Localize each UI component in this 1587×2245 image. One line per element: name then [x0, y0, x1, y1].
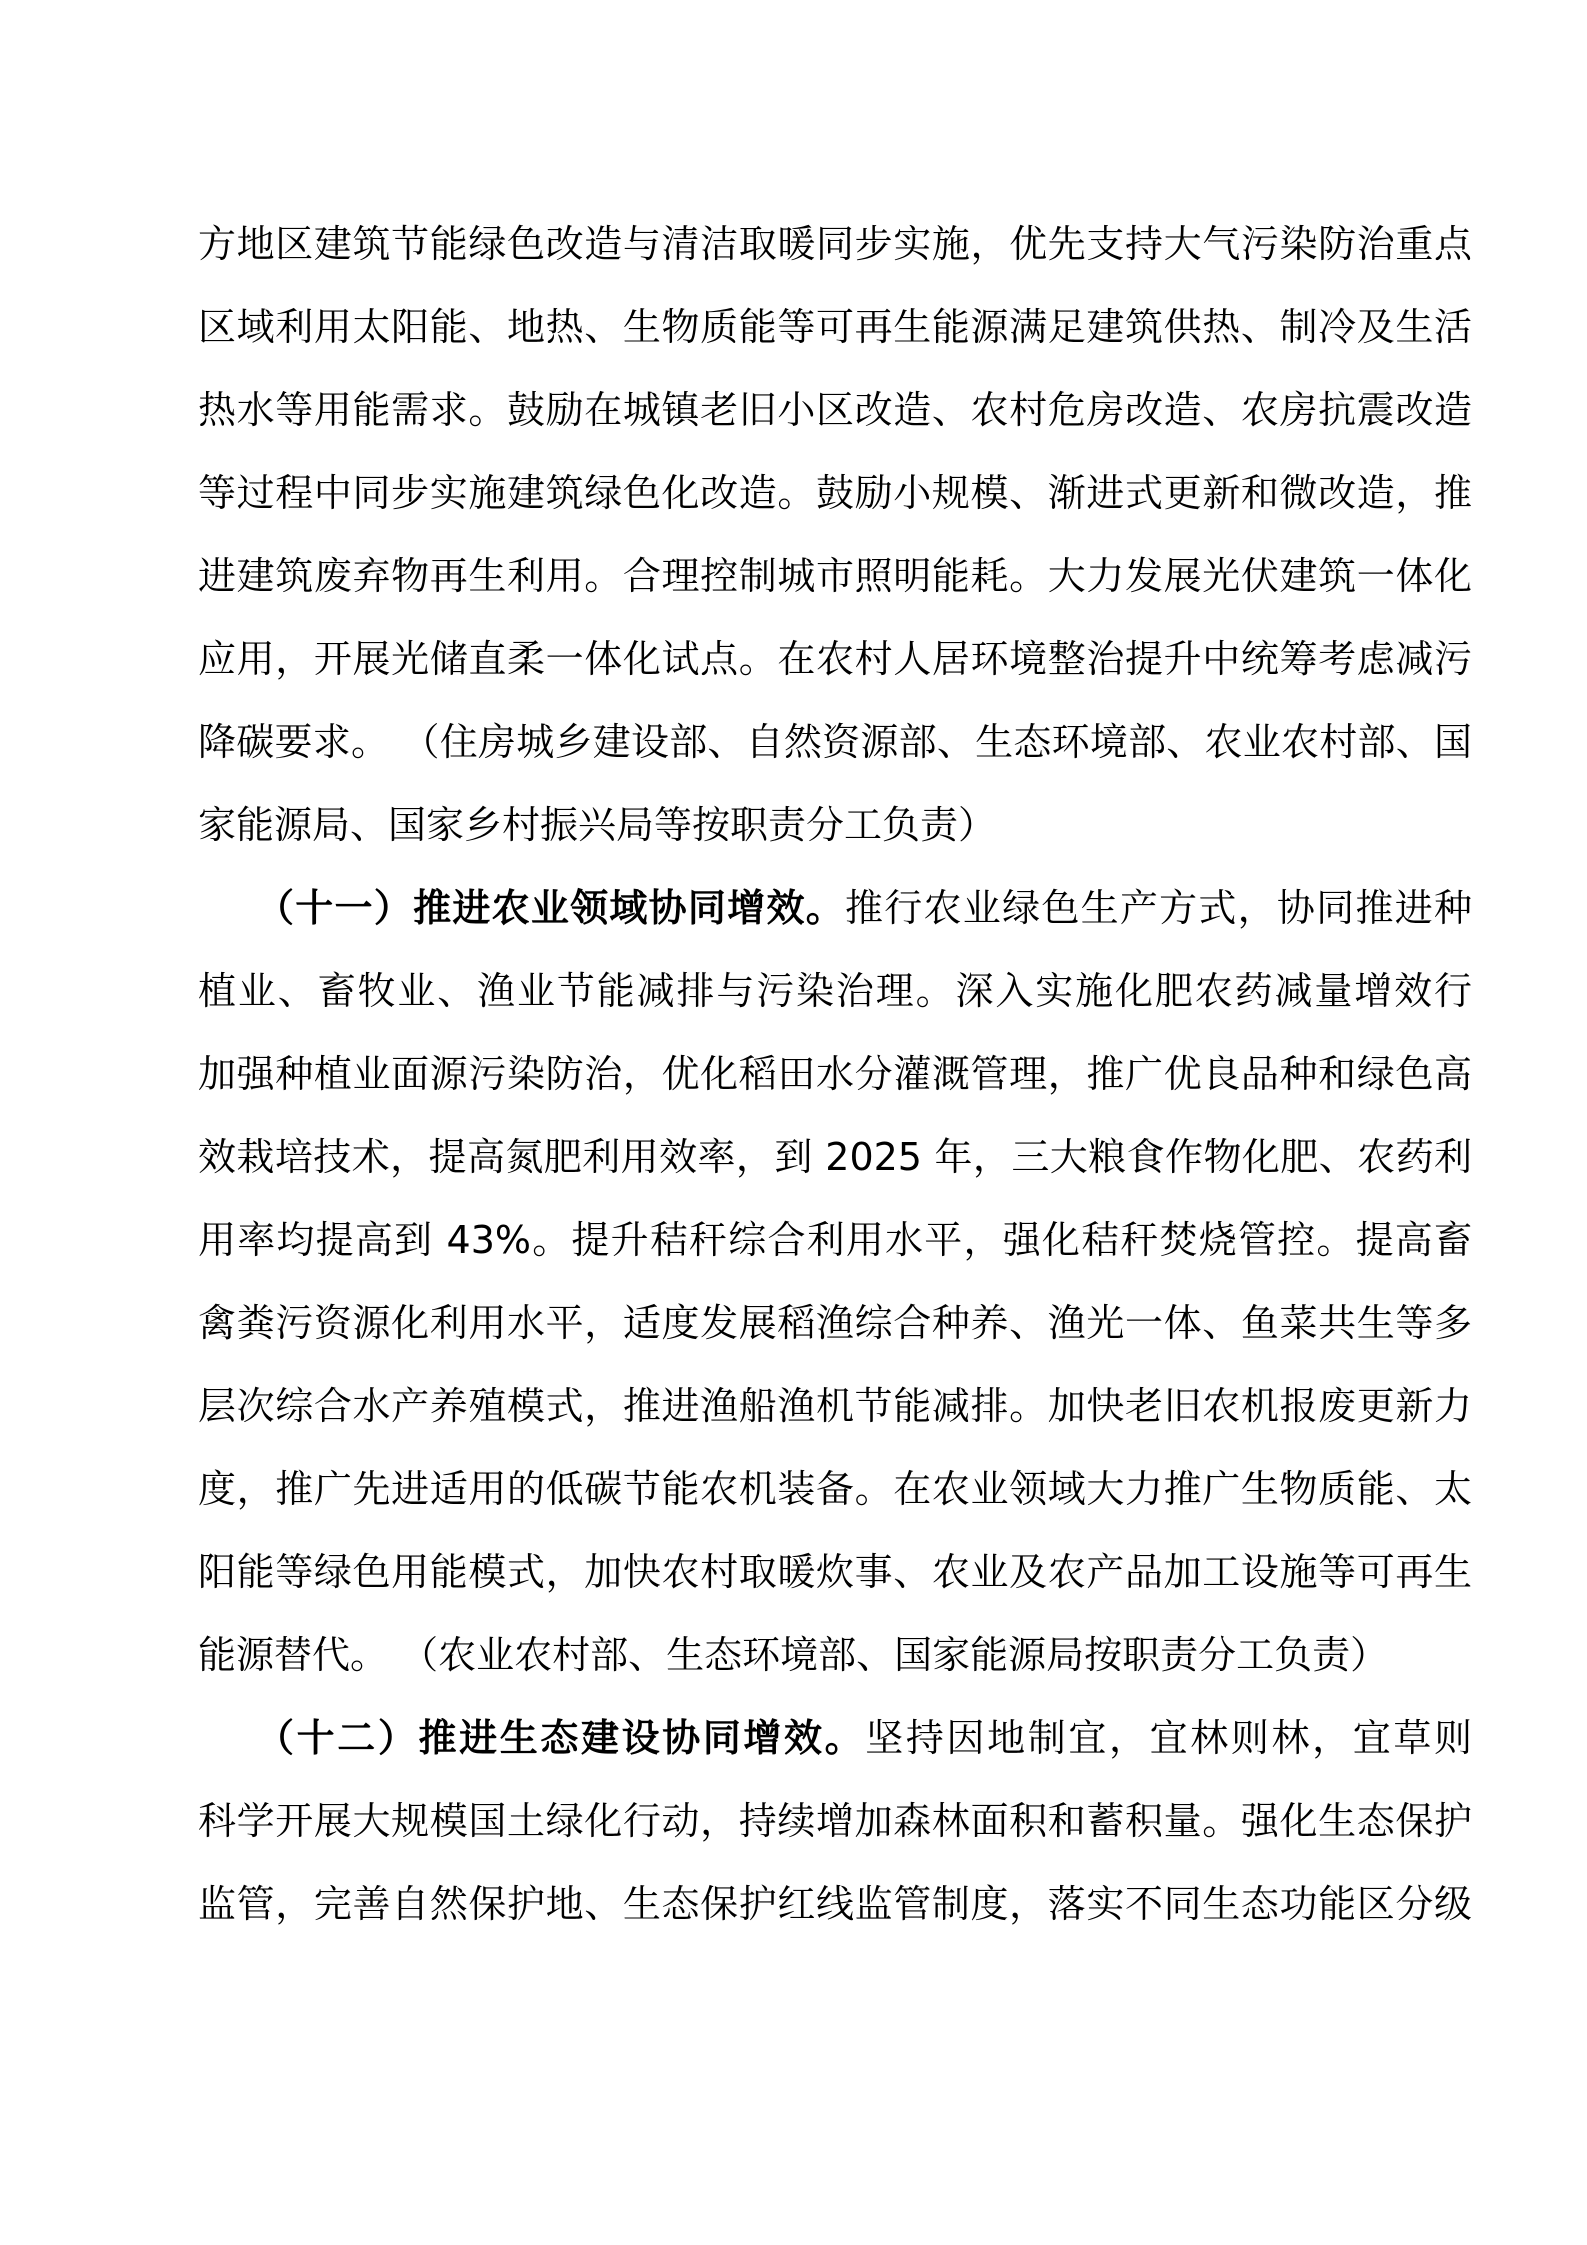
document-page: 方地区建筑节能绿色改造与清洁取暖同步实施，优先支持大气污染防治重点区域利用太阳能… [0, 0, 1587, 2245]
text-line: 层次综合水产养殖模式，推进渔船渔机节能减排。加快老旧农机报废更新力 [198, 1365, 1472, 1448]
text-line: 进建筑废弃物再生利用。合理控制城市照明能耗。大力发展光伏建筑一体化 [198, 535, 1472, 618]
body-text: 能源替代。 （农业农村部、生态环境部、国家能源局按职责分工负责） [198, 1633, 1388, 1677]
body-text: 等过程中同步实施建筑绿色化改造。鼓励小规模、渐进式更新和微改造，推 [198, 471, 1472, 515]
text-line: 能源替代。 （农业农村部、生态环境部、国家能源局按职责分工负责） [198, 1614, 1472, 1697]
body-text: 热水等用能需求。鼓励在城镇老旧小区改造、农村危房改造、农房抗震改造 [198, 388, 1472, 432]
text-line: （十一）推进农业领域协同增效。推行农业绿色生产方式，协同推进种 [198, 867, 1472, 950]
body-text: 降碳要求。 （住房城乡建设部、自然资源部、生态环境部、农业农村部、国 [198, 720, 1472, 764]
body-text: 层次综合水产养殖模式，推进渔船渔机节能减排。加快老旧农机报废更新力 [198, 1384, 1472, 1428]
text-line: 植业、畜牧业、渔业节能减排与污染治理。深入实施化肥农药减量增效行动， [198, 950, 1472, 1033]
body-text: 进建筑废弃物再生利用。合理控制城市照明能耗。大力发展光伏建筑一体化 [198, 554, 1472, 598]
body-text: 监管，完善自然保护地、生态保护红线监管制度，落实不同生态功能区分级 [198, 1882, 1472, 1926]
text-line: 应用，开展光储直柔一体化试点。在农村人居环境整治提升中统筹考虑减污 [198, 618, 1472, 701]
text-line: 科学开展大规模国土绿化行动，持续增加森林面积和蓄积量。强化生态保护 [198, 1780, 1472, 1863]
body-text: 阳能等绿色用能模式，加快农村取暖炊事、农业及农产品加工设施等可再生 [198, 1550, 1472, 1594]
text-line: 家能源局、国家乡村振兴局等按职责分工负责） [198, 784, 1472, 867]
text-line: 降碳要求。 （住房城乡建设部、自然资源部、生态环境部、农业农村部、国 [198, 701, 1472, 784]
body-text: 效栽培技术，提高氮肥利用效率，到 2025 年，三大粮食作物化肥、农药利 [198, 1135, 1472, 1179]
text-line: 监管，完善自然保护地、生态保护红线监管制度，落实不同生态功能区分级 [198, 1863, 1472, 1946]
body-text: 度，推广先进适用的低碳节能农机装备。在农业领域大力推广生物质能、太 [198, 1467, 1472, 1511]
body-text: 方地区建筑节能绿色改造与清洁取暖同步实施，优先支持大气污染防治重点 [198, 222, 1472, 266]
text-line: （十二）推进生态建设协同增效。坚持因地制宜，宜林则林，宜草则草， [198, 1697, 1472, 1780]
text-line: 热水等用能需求。鼓励在城镇老旧小区改造、农村危房改造、农房抗震改造 [198, 369, 1472, 452]
body-text: 用率均提高到 43%。提升秸秆综合利用水平，强化秸秆焚烧管控。提高畜 [198, 1218, 1472, 1262]
body-text: 家能源局、国家乡村振兴局等按职责分工负责） [198, 803, 996, 847]
text-line: 加强种植业面源污染防治，优化稻田水分灌溉管理，推广优良品种和绿色高 [198, 1033, 1472, 1116]
section-heading: （十二）推进生态建设协同增效。 [256, 1716, 865, 1760]
text-line: 效栽培技术，提高氮肥利用效率，到 2025 年，三大粮食作物化肥、农药利 [198, 1116, 1472, 1199]
body-text: 科学开展大规模国土绿化行动，持续增加森林面积和蓄积量。强化生态保护 [198, 1799, 1472, 1843]
text-line: 阳能等绿色用能模式，加快农村取暖炊事、农业及农产品加工设施等可再生 [198, 1531, 1472, 1614]
document-lines: 方地区建筑节能绿色改造与清洁取暖同步实施，优先支持大气污染防治重点区域利用太阳能… [198, 203, 1472, 1946]
section-heading: （十一）推进农业领域协同增效。 [256, 886, 845, 930]
text-line: 度，推广先进适用的低碳节能农机装备。在农业领域大力推广生物质能、太 [198, 1448, 1472, 1531]
body-text: 应用，开展光储直柔一体化试点。在农村人居环境整治提升中统筹考虑减污 [198, 637, 1472, 681]
body-text: 植业、畜牧业、渔业节能减排与污染治理。深入实施化肥农药减量增效行动， [198, 969, 1472, 1033]
text-line: 等过程中同步实施建筑绿色化改造。鼓励小规模、渐进式更新和微改造，推 [198, 452, 1472, 535]
text-line: 用率均提高到 43%。提升秸秆综合利用水平，强化秸秆焚烧管控。提高畜 [198, 1199, 1472, 1282]
text-line: 方地区建筑节能绿色改造与清洁取暖同步实施，优先支持大气污染防治重点 [198, 203, 1472, 286]
body-text: 加强种植业面源污染防治，优化稻田水分灌溉管理，推广优良品种和绿色高 [198, 1052, 1472, 1096]
body-text: 禽粪污资源化利用水平，适度发展稻渔综合种养、渔光一体、鱼菜共生等多 [198, 1301, 1472, 1345]
text-line: 区域利用太阳能、地热、生物质能等可再生能源满足建筑供热、制冷及生活 [198, 286, 1472, 369]
text-line: 禽粪污资源化利用水平，适度发展稻渔综合种养、渔光一体、鱼菜共生等多 [198, 1282, 1472, 1365]
body-text: 推行农业绿色生产方式，协同推进种 [845, 886, 1472, 930]
body-text: 区域利用太阳能、地热、生物质能等可再生能源满足建筑供热、制冷及生活 [198, 305, 1472, 349]
